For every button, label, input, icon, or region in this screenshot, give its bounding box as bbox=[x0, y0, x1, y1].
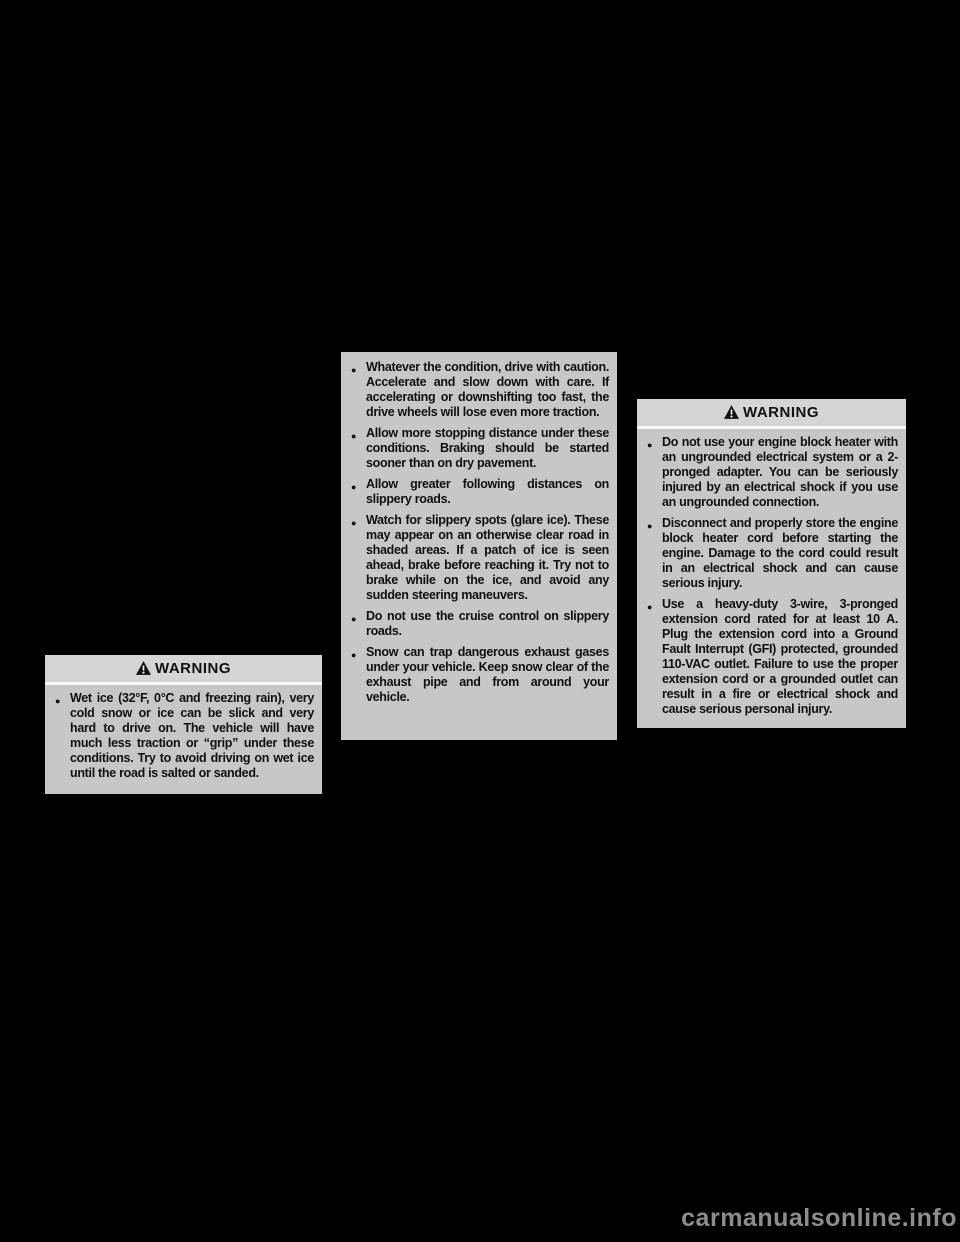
bullet-icon: ● bbox=[351, 612, 356, 627]
bullet-text: Use a heavy-duty 3-wire, 3-pronged exten… bbox=[662, 597, 898, 716]
bullet-item: ●Allow greater following distances on sl… bbox=[349, 477, 609, 507]
bullet-text: Snow can trap dangerous exhaust gases un… bbox=[366, 645, 609, 704]
bullet-icon: ● bbox=[351, 480, 356, 495]
warning-triangle-icon bbox=[724, 401, 739, 428]
warning-header: WARNING bbox=[637, 399, 906, 429]
bullet-icon: ● bbox=[351, 363, 356, 378]
winter-driving-tips-panel: ●Whatever the condition, drive with caut… bbox=[341, 352, 617, 740]
bullet-text: Watch for slippery spots (glare ice). Th… bbox=[366, 513, 609, 602]
block-heater-bullet-list: ●Do not use your engine block heater wit… bbox=[637, 429, 906, 723]
warning-title: WARNING bbox=[743, 404, 819, 421]
bullet-item: ●Do not use the cruise control on slippe… bbox=[349, 609, 609, 639]
watermark-text: carmanualsonline.info bbox=[681, 1204, 957, 1233]
bullet-item: ●Watch for slippery spots (glare ice). T… bbox=[349, 513, 609, 603]
bullet-icon: ● bbox=[647, 438, 652, 453]
wet-ice-bullet-list: ●Wet ice (32°F, 0°C and freezing rain), … bbox=[45, 685, 322, 787]
bullet-item: ●Snow can trap dangerous exhaust gases u… bbox=[349, 645, 609, 705]
bullet-text: Allow greater following distances on sli… bbox=[366, 477, 609, 506]
warning-box-wet-ice: WARNING ●Wet ice (32°F, 0°C and freezing… bbox=[45, 655, 322, 794]
warning-box-block-heater: WARNING ●Do not use your engine block he… bbox=[637, 399, 906, 728]
bullet-icon: ● bbox=[351, 516, 356, 531]
bullet-text: Wet ice (32°F, 0°C and freezing rain), v… bbox=[70, 691, 314, 780]
bullet-item: ●Wet ice (32°F, 0°C and freezing rain), … bbox=[53, 691, 314, 781]
bullet-text: Do not use your engine block heater with… bbox=[662, 435, 898, 509]
bullet-icon: ● bbox=[647, 600, 652, 615]
driving-tips-bullet-list: ●Whatever the condition, drive with caut… bbox=[341, 352, 617, 711]
bullet-item: ●Allow more stopping distance under thes… bbox=[349, 426, 609, 471]
warning-title: WARNING bbox=[155, 660, 231, 677]
warning-triangle-icon bbox=[136, 657, 151, 684]
bullet-icon: ● bbox=[647, 519, 652, 534]
bullet-item: ●Use a heavy-duty 3-wire, 3-pronged exte… bbox=[645, 597, 898, 717]
bullet-text: Do not use the cruise control on slipper… bbox=[366, 609, 609, 638]
bullet-text: Allow more stopping distance under these… bbox=[366, 426, 609, 470]
manual-page: WARNING ●Wet ice (32°F, 0°C and freezing… bbox=[0, 0, 960, 1242]
bullet-text: Disconnect and properly store the engine… bbox=[662, 516, 898, 590]
bullet-item: ●Disconnect and properly store the engin… bbox=[645, 516, 898, 591]
bullet-item: ●Do not use your engine block heater wit… bbox=[645, 435, 898, 510]
bullet-item: ●Whatever the condition, drive with caut… bbox=[349, 360, 609, 420]
bullet-icon: ● bbox=[55, 694, 60, 709]
bullet-icon: ● bbox=[351, 648, 356, 663]
warning-header: WARNING bbox=[45, 655, 322, 685]
bullet-icon: ● bbox=[351, 429, 356, 444]
bullet-text: Whatever the condition, drive with cauti… bbox=[366, 360, 609, 419]
